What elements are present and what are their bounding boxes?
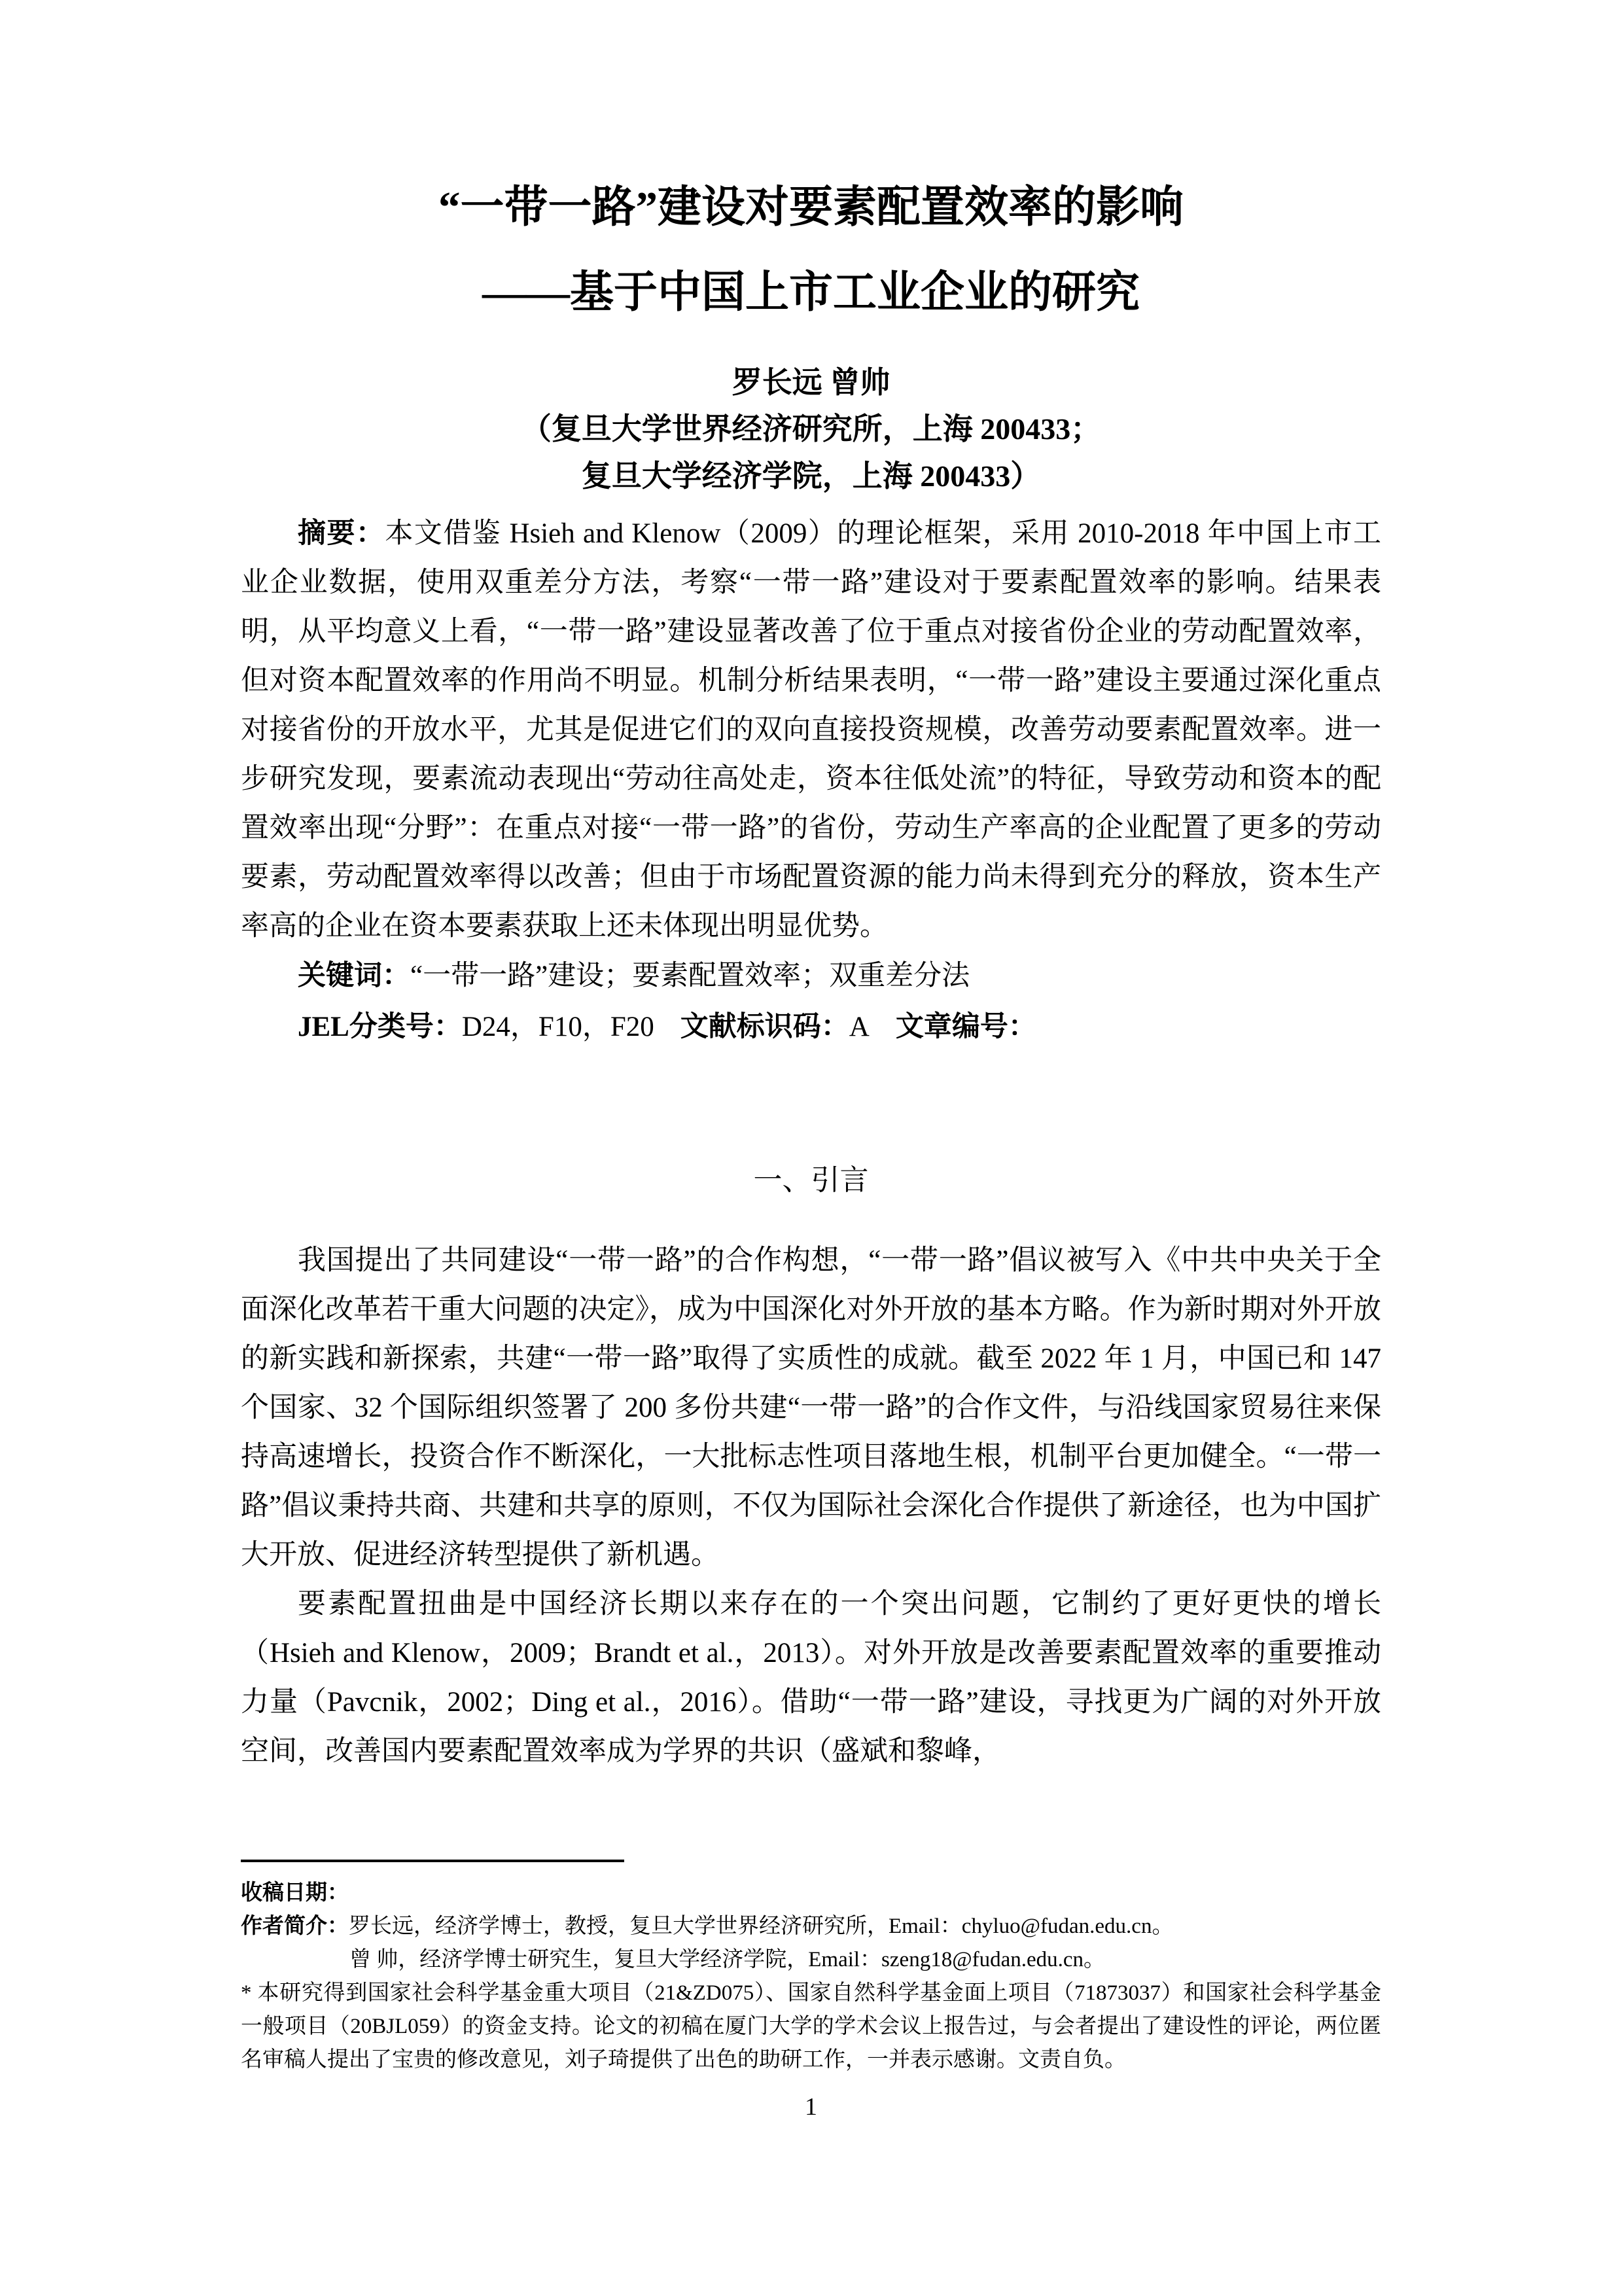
abstract-text: 本文借鉴 Hsieh and Klenow（2009）的理论框架，采用 2010… [241,518,1381,942]
jel-line: JEL分类号：D24，F10，F20文献标识码：A文章编号： [241,1002,1381,1053]
footnote-area: 收稿日期： 作者简介：罗长远，经济学博士，教授，复旦大学世界经济研究所，Emai… [241,1860,1381,2077]
footnote-author-bio-line1: 作者简介：罗长远，经济学博士，教授，复旦大学世界经济研究所，Email：chyl… [241,1910,1381,1943]
section-heading-introduction: 一、引言 [241,1155,1381,1206]
jel-label: JEL分类号： [298,1012,462,1042]
doc-code-value: A [849,1012,870,1042]
footnote-bio-text1: 罗长远，经济学博士，教授，复旦大学世界经济研究所，Email：chyluo@fu… [349,1915,1173,1938]
article-no-label: 文章编号： [896,1012,1036,1042]
footnote-author-bio-line2: 曾 帅，经济学博士研究生，复旦大学经济学院，Email：szeng18@fuda… [241,1943,1381,1977]
doc-code-label: 文献标识码： [680,1012,849,1042]
authors-line: 罗长远 曾帅 [241,360,1381,406]
abstract-paragraph: 摘要：本文借鉴 Hsieh and Klenow（2009）的理论框架，采用 2… [241,509,1381,951]
paper-page: “一带一路”建设对要素配置效率的影响 ——基于中国上市工业企业的研究 罗长远 曾… [0,0,1622,2296]
page-number: 1 [0,2093,1622,2121]
keywords-label: 关键词： [298,961,410,991]
intro-paragraph-2: 要素配置扭曲是中国经济长期以来存在的一个突出问题，它制约了更好更快的增长（Hsi… [241,1580,1381,1776]
keywords-text: “一带一路”建设；要素配置效率；双重差分法 [410,961,970,991]
footnote-received-date: 收稿日期： [241,1877,1381,1910]
footnote-funding-note: * 本研究得到国家社会科学基金重大项目（21&ZD075）、国家自然科学基金面上… [241,1977,1381,2077]
affiliation-line1: （复旦大学世界经济研究所，上海 200433； [241,406,1381,453]
footnote-separator-rule [241,1860,624,1862]
jel-codes: D24，F10，F20 [462,1012,654,1042]
paper-title: “一带一路”建设对要素配置效率的影响 ——基于中国上市工业企业的研究 [241,165,1381,335]
keywords-line: 关键词：“一带一路”建设；要素配置效率；双重差分法 [241,951,1381,1002]
intro-paragraph-1: 我国提出了共同建设“一带一路”的合作构想，“一带一路”倡议被写入《中共中央关于全… [241,1236,1381,1580]
paper-title-line2: ——基于中国上市工业企业的研究 [482,268,1140,317]
abstract-label: 摘要： [298,518,385,549]
affiliation-line2: 复旦大学经济学院，上海 200433） [241,453,1381,500]
footnote-bio-label: 作者简介： [241,1915,349,1938]
paper-title-line1: “一带一路”建设对要素配置效率的影响 [438,183,1184,232]
